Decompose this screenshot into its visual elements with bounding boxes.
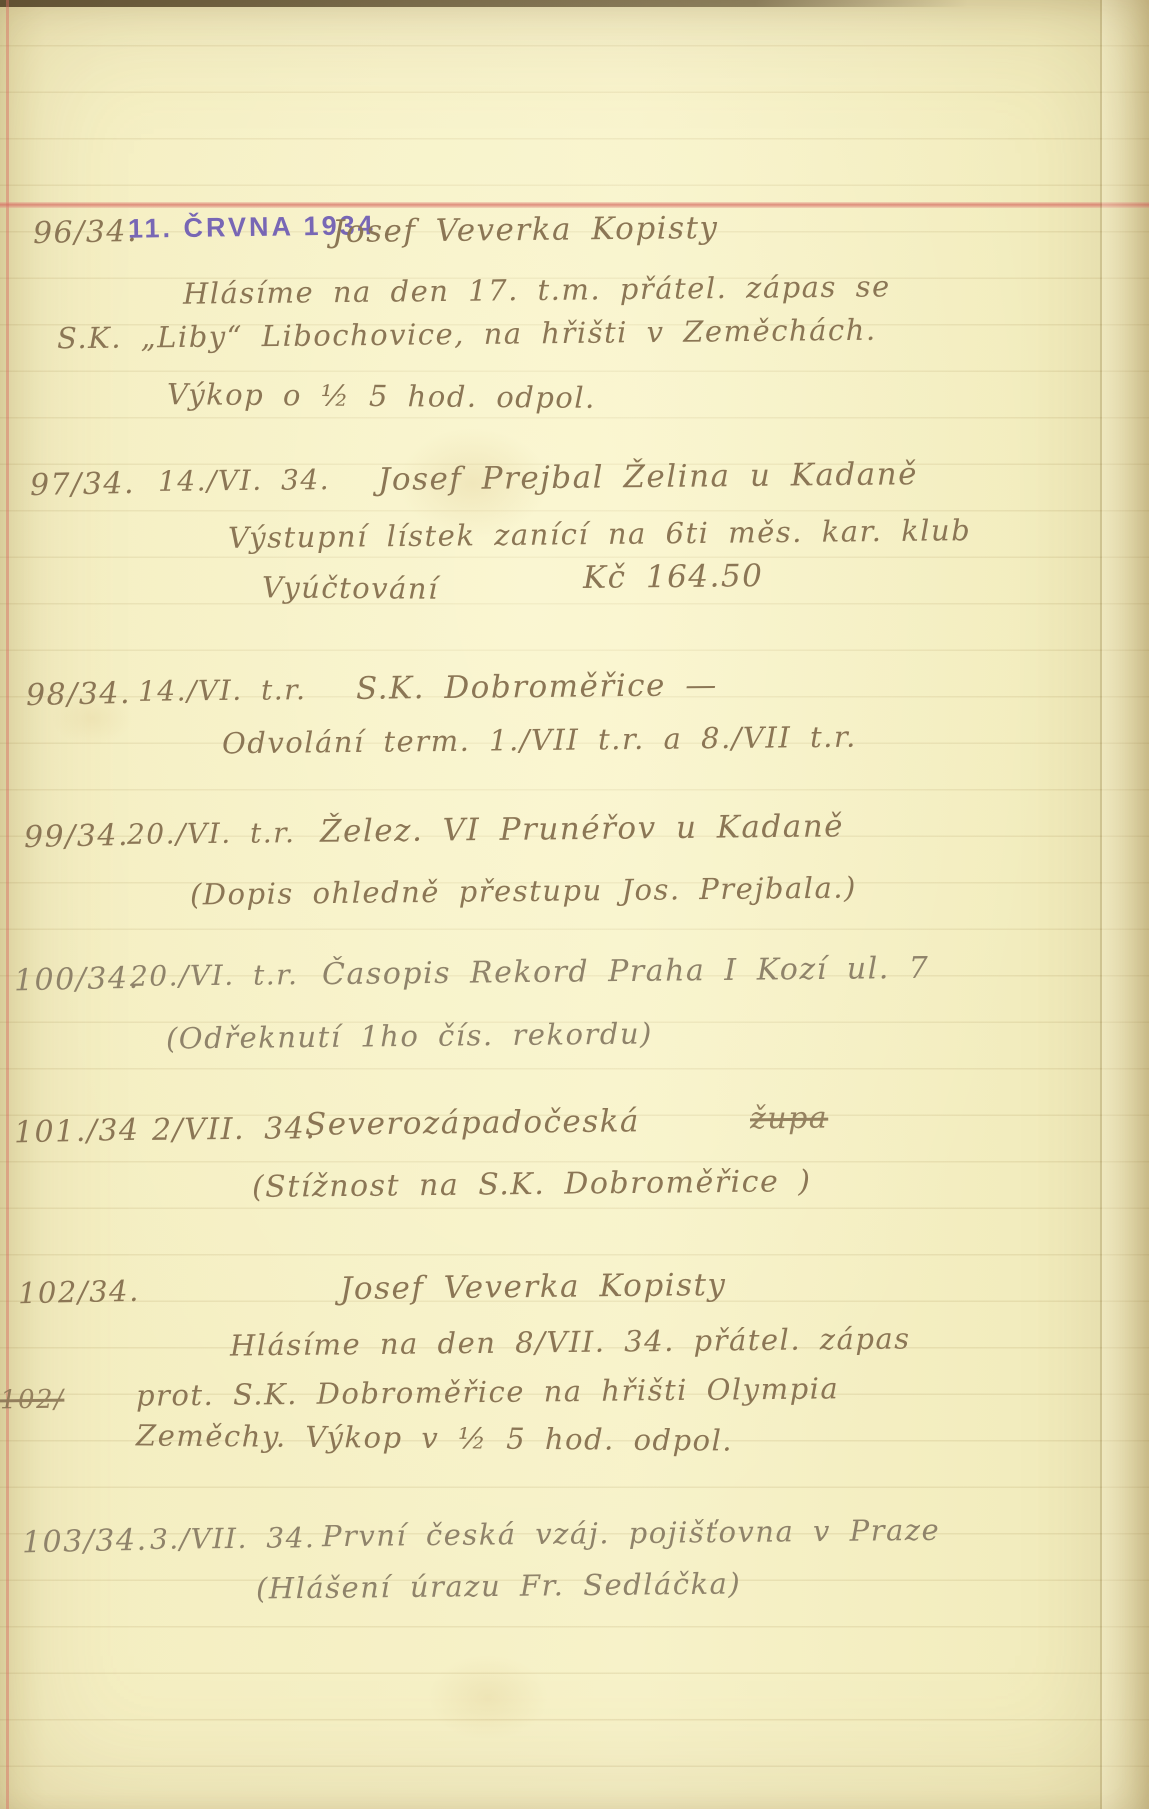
entry-date: 20./VI. t.r. [130,959,299,993]
paper-edge-right [1102,0,1149,1809]
entry-title: Želez. VI Prunéřov u Kadaně [320,809,844,850]
entry-number: 103/34. [22,1524,148,1561]
entry-title: Josef Veverka Kopisty [340,1268,727,1308]
entry-title: S.K. Dobroměřice — [356,668,718,707]
entry-line: Výstupní lístek zanící na 6ti měs. kar. … [228,514,972,555]
entry-number: 97/34. [30,467,136,504]
entry-date: 3./VII. 34. [150,1522,316,1556]
entry-title: Severozápadočeská [305,1104,640,1143]
entry-number: 101./34 [14,1114,140,1151]
entry-number: 99/34. [24,819,130,856]
entry-date: 20./VI. t.r. [127,817,296,851]
entry-title: První česká vzáj. pojišťovna v Praze [322,1514,941,1554]
entry-struck-margin: 102/ [0,1386,65,1417]
entry-line: (Stížnost na S.K. Dobroměřice ) [252,1165,812,1205]
entry-line: (Dopis ohledně přestupu Jos. Prejbala.) [190,872,857,912]
entry-line: Hlásíme na den 8/VII. 34. přátel. zápas [230,1322,911,1362]
entry-number: 100/34. [14,962,140,999]
entry-date: 14./VI. 34. [158,464,330,498]
entry-number: 98/34. [26,677,132,714]
scan-top-edge [0,0,968,7]
entry-line: Vyúčtování [262,571,439,606]
entry-date: 2/VII. 34. [152,1112,317,1148]
entry-line: Zeměchy. Výkop v ½ 5 hod. odpol. [136,1419,733,1458]
red-margin-line [6,0,9,1809]
entry-date: 14./VI. t.r. [138,674,307,708]
entry-struck-word: župa [750,1102,829,1137]
entry-line: Hlásíme na den 17. t.m. přátel. zápas se [183,270,891,311]
entry-line: Odvolání term. 1./VII t.r. a 8./VII t.r. [222,721,857,761]
entry-title: Josef Veverka Kopisty [332,211,719,251]
entry-line: Výkop o ½ 5 hod. odpol. [167,378,596,415]
red-rule-horizontal [0,202,1149,208]
entry-line: (Odřeknutí 1ho čís. rekordu) [166,1017,653,1055]
entry-title: Josef Prejbal Želina u Kadaně [378,457,918,498]
entry-line: prot. S.K. Dobroměřice na hřišti Olympia [136,1372,840,1413]
entry-line: (Hlášení úrazu Fr. Sedláčka) [256,1567,742,1605]
entry-amount: Kč 164.50 [583,559,764,597]
ledger-page: 96/34. 11. ČRVNA 1934 Josef Veverka Kopi… [0,0,1149,1809]
entry-number: 102/34. [18,1275,140,1311]
paper-stain [428,1655,548,1740]
entry-number: 96/34. [33,215,139,252]
entry-title: Časopis Rekord Praha I Kozí ul. 7 [322,952,930,993]
entry-line: S.K. „Liby“ Libochovice, na hřišti v Zem… [57,314,877,356]
